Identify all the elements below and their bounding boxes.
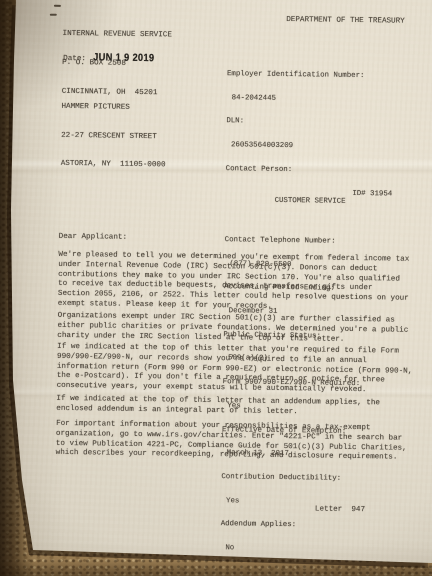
body-paragraph: If we indicated at the top of this lette… — [57, 343, 422, 397]
recipient-line: ASTORIA, NY 11105-0000 — [61, 160, 166, 171]
info-field-value: (877) 829-5500 — [224, 261, 424, 272]
date-label: Date: — [63, 55, 86, 65]
sender-line: CINCINNATI, OH 45201 — [62, 88, 172, 99]
recipient-line: 22-27 CRESCENT STREET — [61, 131, 166, 142]
body-paragraph: We're pleased to tell you we determined … — [58, 251, 423, 315]
info-field-value: March 13, 2017 — [222, 450, 422, 461]
info-field-value: December 31 — [224, 308, 424, 319]
info-field-value: No — [220, 545, 420, 556]
info-field-label: Form 990/990-EZ/990-N Required: — [223, 379, 423, 390]
recipient-address-block: HAMMER PICTURES 22-27 CRESCENT STREET AS… — [60, 84, 166, 190]
info-field-label: Accounting Period Ending: — [224, 284, 424, 295]
contact-id-number: ID# 31954 — [352, 191, 392, 199]
sender-line: P. O. BOX 2508 — [62, 59, 172, 70]
info-field-label: Addendum Applies: — [221, 522, 421, 533]
info-field-label: Contact Telephone Number: — [225, 237, 425, 248]
info-field-value: 509(a)(2) — [223, 356, 423, 367]
date-stamp: JUN 1 9 2019 — [93, 53, 154, 64]
info-field-value: Yes — [221, 498, 421, 509]
print-registration-mark — [54, 5, 61, 7]
letter-content: INTERNAL REVENUE SERVICE P. O. BOX 2508 … — [0, 0, 432, 576]
sender-line: INTERNAL REVENUE SERVICE — [62, 29, 172, 40]
recipient-line: HAMMER PICTURES — [61, 103, 166, 114]
info-field-value: Yes — [222, 403, 422, 414]
info-field-value: 26053564003209 — [226, 142, 426, 153]
body-paragraph: If we indicated at the top of this lette… — [56, 395, 420, 420]
info-field-label: Contact Person: — [226, 166, 426, 177]
print-registration-mark — [50, 14, 57, 16]
contact-person-value: CUSTOMER SERVICE — [275, 197, 346, 206]
date-row: Date: JUN 1 9 2019 — [63, 53, 163, 66]
info-field-value: CUSTOMER SERVICE ID# 31954 — [225, 190, 425, 224]
info-field-label: Public Charity Status: — [223, 332, 423, 343]
letter-number: Letter 947 — [315, 505, 365, 515]
info-field-label: Effective Date of Exemption: — [222, 427, 422, 438]
fold-crease-bottom — [0, 386, 432, 398]
info-field-label: DLN: — [226, 118, 426, 129]
body-paragraph: For important information about your res… — [56, 420, 421, 464]
info-field-label: Contribution Deductibility: — [221, 474, 421, 485]
sender-address-block: INTERNAL REVENUE SERVICE P. O. BOX 2508 … — [61, 10, 172, 119]
letter-paper: INTERNAL REVENUE SERVICE P. O. BOX 2508 … — [0, 0, 432, 576]
info-column: Employer Identification Number: 84-20424… — [220, 55, 427, 572]
info-field-label: Employer Identification Number: — [227, 71, 427, 82]
agency-name: DEPARTMENT OF THE TREASURY — [286, 16, 405, 27]
photo-scene: INTERNAL REVENUE SERVICE P. O. BOX 2508 … — [0, 0, 432, 576]
info-field-value: 84-2042445 — [227, 95, 427, 106]
body-paragraph: Organizations exempt under IRC Section 5… — [57, 312, 421, 346]
fold-crease-top — [0, 158, 432, 174]
salutation: Dear Applicant: — [59, 233, 127, 244]
